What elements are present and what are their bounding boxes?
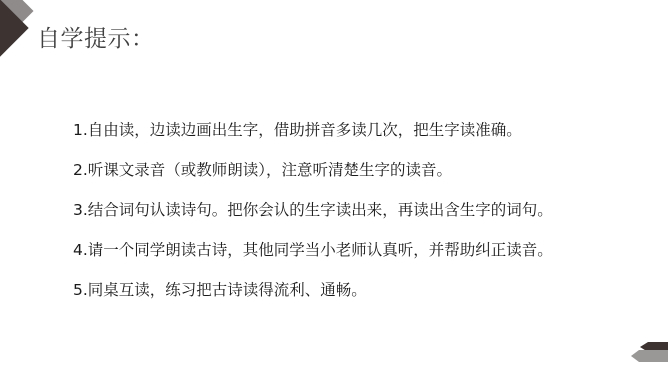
slide-title: 自学提示： xyxy=(37,20,155,53)
list-item: 3.结合词句认读诗句。把你会认的生字读出来，再读出含生字的词句。 xyxy=(73,200,553,220)
list-item: 1.自由读，边读边画出生字，借助拼音多读几次，把生字读准确。 xyxy=(73,120,553,140)
list-item: 2.听课文录音（或教师朗读），注意听清楚生字的读音。 xyxy=(73,160,553,180)
bottom-gray-arrow-decoration xyxy=(631,350,668,362)
list-item: 4.请一个同学朗读古诗，其他同学当小老师认真听，并帮助纠正读音。 xyxy=(73,240,553,260)
self-study-tips-list: 1.自由读，边读边画出生字，借助拼音多读几次，把生字读准确。 2.听课文录音（或… xyxy=(73,120,553,320)
list-item: 5.同桌互读，练习把古诗读得流利、通畅。 xyxy=(73,280,553,300)
